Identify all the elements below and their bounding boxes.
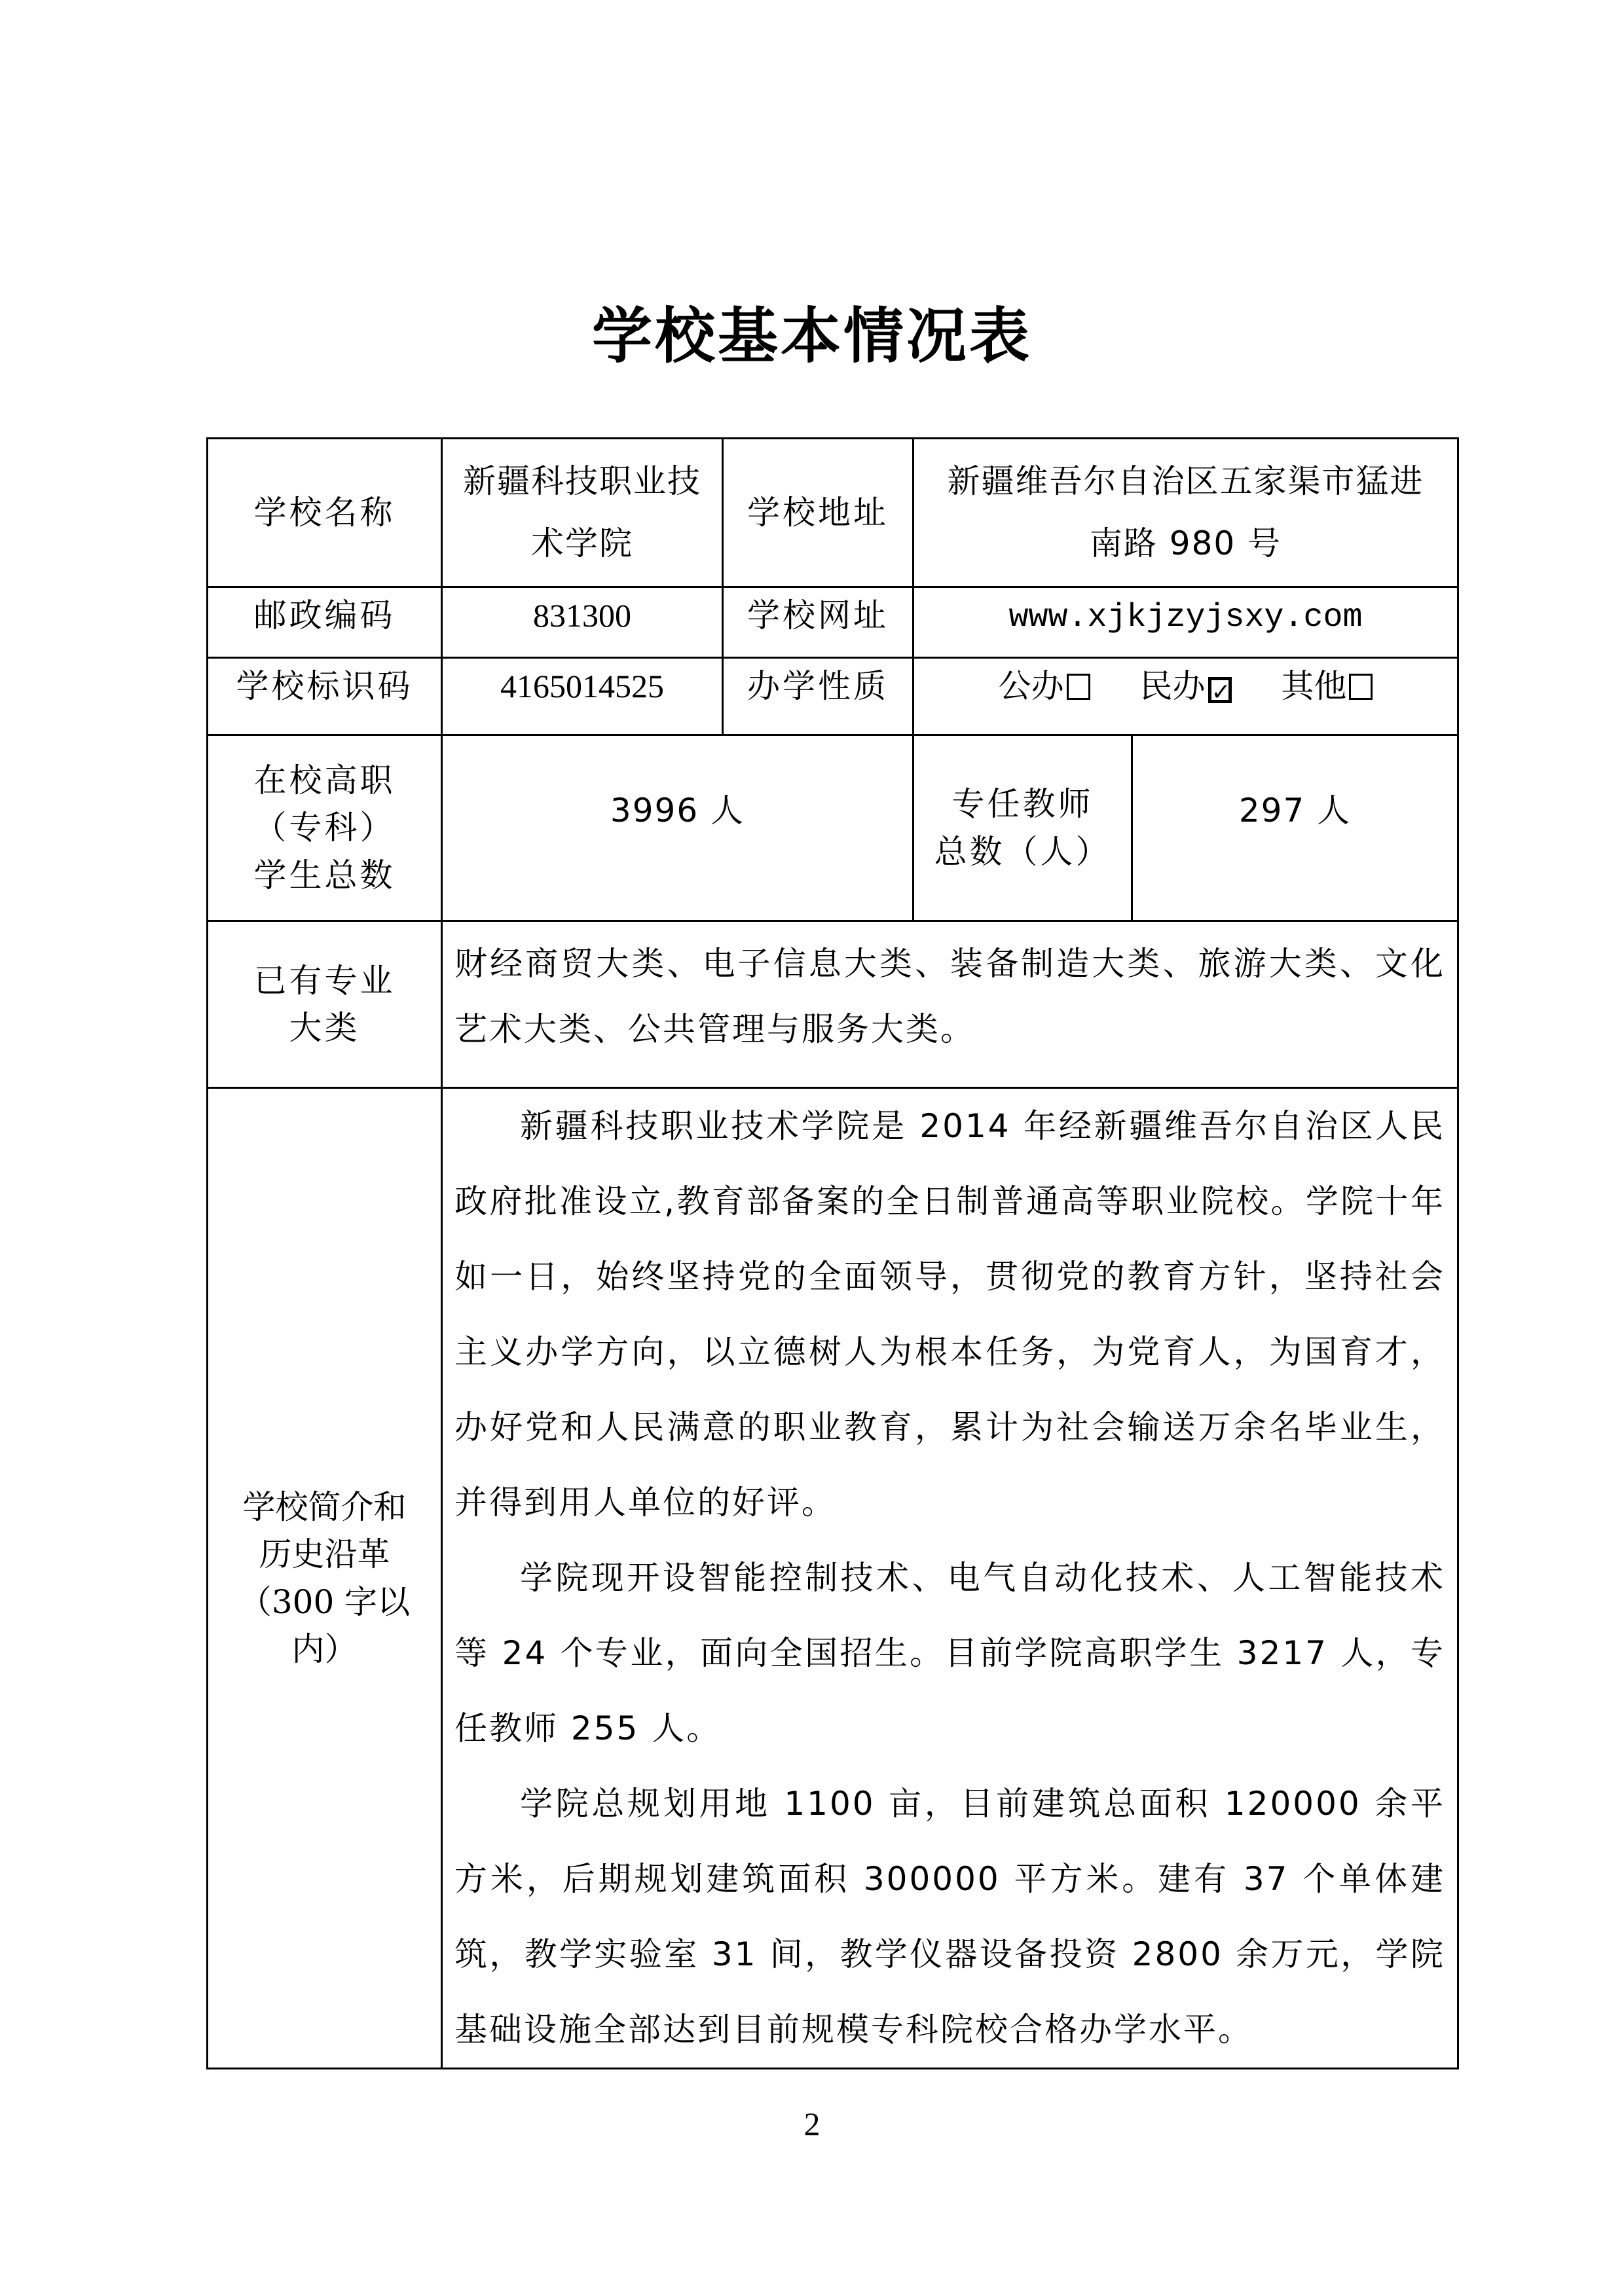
option-private[interactable]: 民办✓ xyxy=(1140,663,1232,710)
school-type-options: 公办 民办✓ 其他 xyxy=(913,658,1458,735)
option-public[interactable]: 公办 xyxy=(999,663,1090,710)
row-majors: 已有专业 大类 财经商贸大类、电子信息大类、装备制造大类、旅游大类、文化艺术大类… xyxy=(208,921,1458,1088)
checkbox-empty-icon[interactable] xyxy=(1067,674,1090,700)
school-address-value: 新疆维吾尔自治区五家渠市猛进 南路 980 号 xyxy=(913,439,1458,587)
page-number: 2 xyxy=(0,2105,1624,2143)
postal-code-label: 邮政编码 xyxy=(208,587,442,658)
website-label: 学校网址 xyxy=(723,587,913,658)
option-public-label: 公办 xyxy=(999,667,1064,705)
students-value: 3996 人 xyxy=(442,735,913,921)
students-label: 在校高职 （专科） 学生总数 xyxy=(208,735,442,921)
school-name-value: 新疆科技职业技 术学院 xyxy=(442,439,723,587)
teachers-value: 297 人 xyxy=(1132,735,1458,921)
school-id-label: 学校标识码 xyxy=(208,658,442,735)
intro-paragraph-3: 学院总规划用地 1100 亩，目前建筑总面积 120000 余平方米，后期规划建… xyxy=(454,1766,1445,2068)
students-label-line1: 在校高职 xyxy=(217,757,432,805)
postal-code-value: 831300 xyxy=(442,587,723,658)
school-info-table: 学校名称 新疆科技职业技 术学院 学校地址 新疆维吾尔自治区五家渠市猛进 南路 … xyxy=(206,437,1459,2069)
majors-text: 财经商贸大类、电子信息大类、装备制造大类、旅游大类、文化艺术大类、公共管理与服务… xyxy=(454,931,1445,1062)
row-postal-website: 邮政编码 831300 学校网址 www.xjkjzyjsxy.com xyxy=(208,587,1458,658)
row-id-type: 学校标识码 4165014525 办学性质 公办 民办✓ 其他 xyxy=(208,658,1458,735)
school-address-label: 学校地址 xyxy=(723,439,913,587)
school-name-line2: 术学院 xyxy=(452,513,712,575)
intro-label-line4: 内） xyxy=(217,1626,432,1673)
option-other[interactable]: 其他 xyxy=(1281,663,1373,710)
majors-label: 已有专业 大类 xyxy=(208,921,442,1088)
option-private-label: 民办 xyxy=(1140,667,1206,705)
school-address-line2: 南路 980 号 xyxy=(923,513,1448,575)
intro-body: 新疆科技职业技术学院是 2014 年经新疆维吾尔自治区人民政府批准设立,教育部备… xyxy=(442,1088,1458,2069)
row-school-name: 学校名称 新疆科技职业技 术学院 学校地址 新疆维吾尔自治区五家渠市猛进 南路 … xyxy=(208,439,1458,587)
intro-label-line3: （300 字以 xyxy=(217,1578,432,1626)
majors-label-line2: 大类 xyxy=(217,1004,432,1052)
row-intro: 学校简介和 历史沿革 （300 字以 内） 新疆科技职业技术学院是 2014 年… xyxy=(208,1088,1458,2069)
teachers-label-line1: 专任教师 xyxy=(923,780,1122,828)
checkbox-checked-icon[interactable]: ✓ xyxy=(1208,677,1232,703)
students-label-line2: （专科） xyxy=(217,804,432,852)
school-name-line1: 新疆科技职业技 xyxy=(452,450,712,513)
teachers-label: 专任教师 总数（人） xyxy=(913,735,1132,921)
school-id-value: 4165014525 xyxy=(442,658,723,735)
intro-label-line1: 学校简介和 xyxy=(217,1484,432,1531)
school-name-label: 学校名称 xyxy=(208,439,442,587)
intro-label: 学校简介和 历史沿革 （300 字以 内） xyxy=(208,1088,442,2069)
page-title: 学校基本情况表 xyxy=(0,288,1624,374)
school-address-line1: 新疆维吾尔自治区五家渠市猛进 xyxy=(923,450,1448,513)
intro-label-line2: 历史沿革 xyxy=(217,1531,432,1578)
intro-paragraph-2: 学院现开设智能控制技术、电气自动化技术、人工智能技术等 24 个专业，面向全国招… xyxy=(454,1540,1445,1766)
option-other-label: 其他 xyxy=(1281,667,1346,705)
intro-paragraph-1: 新疆科技职业技术学院是 2014 年经新疆维吾尔自治区人民政府批准设立,教育部备… xyxy=(454,1089,1445,1540)
majors-value: 财经商贸大类、电子信息大类、装备制造大类、旅游大类、文化艺术大类、公共管理与服务… xyxy=(442,921,1458,1088)
students-label-line3: 学生总数 xyxy=(217,852,432,900)
school-type-label: 办学性质 xyxy=(723,658,913,735)
row-students-teachers: 在校高职 （专科） 学生总数 3996 人 专任教师 总数（人） 297 人 xyxy=(208,735,1458,921)
checkbox-empty-icon[interactable] xyxy=(1349,674,1373,700)
website-value: www.xjkjzyjsxy.com xyxy=(913,587,1458,658)
teachers-label-line2: 总数（人） xyxy=(923,828,1122,876)
majors-label-line1: 已有专业 xyxy=(217,957,432,1005)
